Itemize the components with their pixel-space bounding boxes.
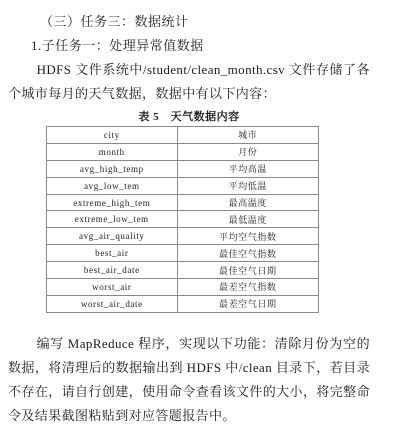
intro-paragraph: HDFS 文件系统中/student/clean_month.csv 文件存储了… bbox=[8, 58, 370, 106]
field-description-cell: 最差空气指数 bbox=[177, 279, 318, 296]
table-row: city城市 bbox=[47, 127, 319, 144]
field-description-cell: 最差空气日期 bbox=[177, 295, 318, 312]
field-description-cell: 最低温度 bbox=[177, 211, 318, 228]
field-name-cell: month bbox=[47, 143, 178, 160]
field-name-cell: avg_high_temp bbox=[47, 160, 178, 177]
field-name-cell: worst_air bbox=[47, 279, 178, 296]
table-row: avg_air_quality平均空气指数 bbox=[47, 228, 319, 245]
table-row: extreme_low_tem最低温度 bbox=[47, 211, 319, 228]
closing-paragraph: 编写 MapReduce 程序，实现以下功能：清除月份为空的数据，将清理后的数据… bbox=[8, 332, 370, 427]
document-page: （三）任务三：数据统计 1.子任务一：处理异常值数据 HDFS 文件系统中/st… bbox=[0, 0, 400, 427]
field-description-cell: 最高温度 bbox=[177, 194, 318, 211]
field-name-cell: avg_air_quality bbox=[47, 228, 178, 245]
field-name-cell: worst_air_date bbox=[47, 295, 178, 312]
weather-table-body: city城市month月份avg_high_temp平均高温avg_low_te… bbox=[47, 127, 319, 313]
field-description-cell: 最佳空气日期 bbox=[177, 262, 318, 279]
table-row: avg_low_tem平均低温 bbox=[47, 177, 319, 194]
field-description-cell: 城市 bbox=[177, 127, 318, 144]
table-row: worst_air_date最差空气日期 bbox=[47, 295, 319, 312]
field-description-cell: 平均高温 bbox=[177, 160, 318, 177]
field-name-cell: best_air_date bbox=[47, 262, 178, 279]
table-row: worst_air最差空气指数 bbox=[47, 279, 319, 296]
table-caption: 表 5 天气数据内容 bbox=[8, 110, 370, 125]
subtask-heading: 1.子任务一：处理异常值数据 bbox=[31, 34, 370, 58]
field-description-cell: 平均空气指数 bbox=[177, 228, 318, 245]
field-description-cell: 月份 bbox=[177, 143, 318, 160]
table-row: month月份 bbox=[47, 143, 319, 160]
section-heading: （三）任务三：数据统计 bbox=[40, 10, 370, 34]
field-name-cell: best_air bbox=[47, 245, 178, 262]
table-row: best_air最佳空气指数 bbox=[47, 245, 319, 262]
field-description-cell: 平均低温 bbox=[177, 177, 318, 194]
field-name-cell: extreme_high_tem bbox=[47, 194, 178, 211]
table-row: best_air_date最佳空气日期 bbox=[47, 262, 319, 279]
weather-data-table: city城市month月份avg_high_temp平均高温avg_low_te… bbox=[46, 126, 319, 313]
table-row: extreme_high_tem最高温度 bbox=[47, 194, 319, 211]
table-row: avg_high_temp平均高温 bbox=[47, 160, 319, 177]
field-name-cell: avg_low_tem bbox=[47, 177, 178, 194]
field-description-cell: 最佳空气指数 bbox=[177, 245, 318, 262]
field-name-cell: city bbox=[47, 127, 178, 144]
field-name-cell: extreme_low_tem bbox=[47, 211, 178, 228]
